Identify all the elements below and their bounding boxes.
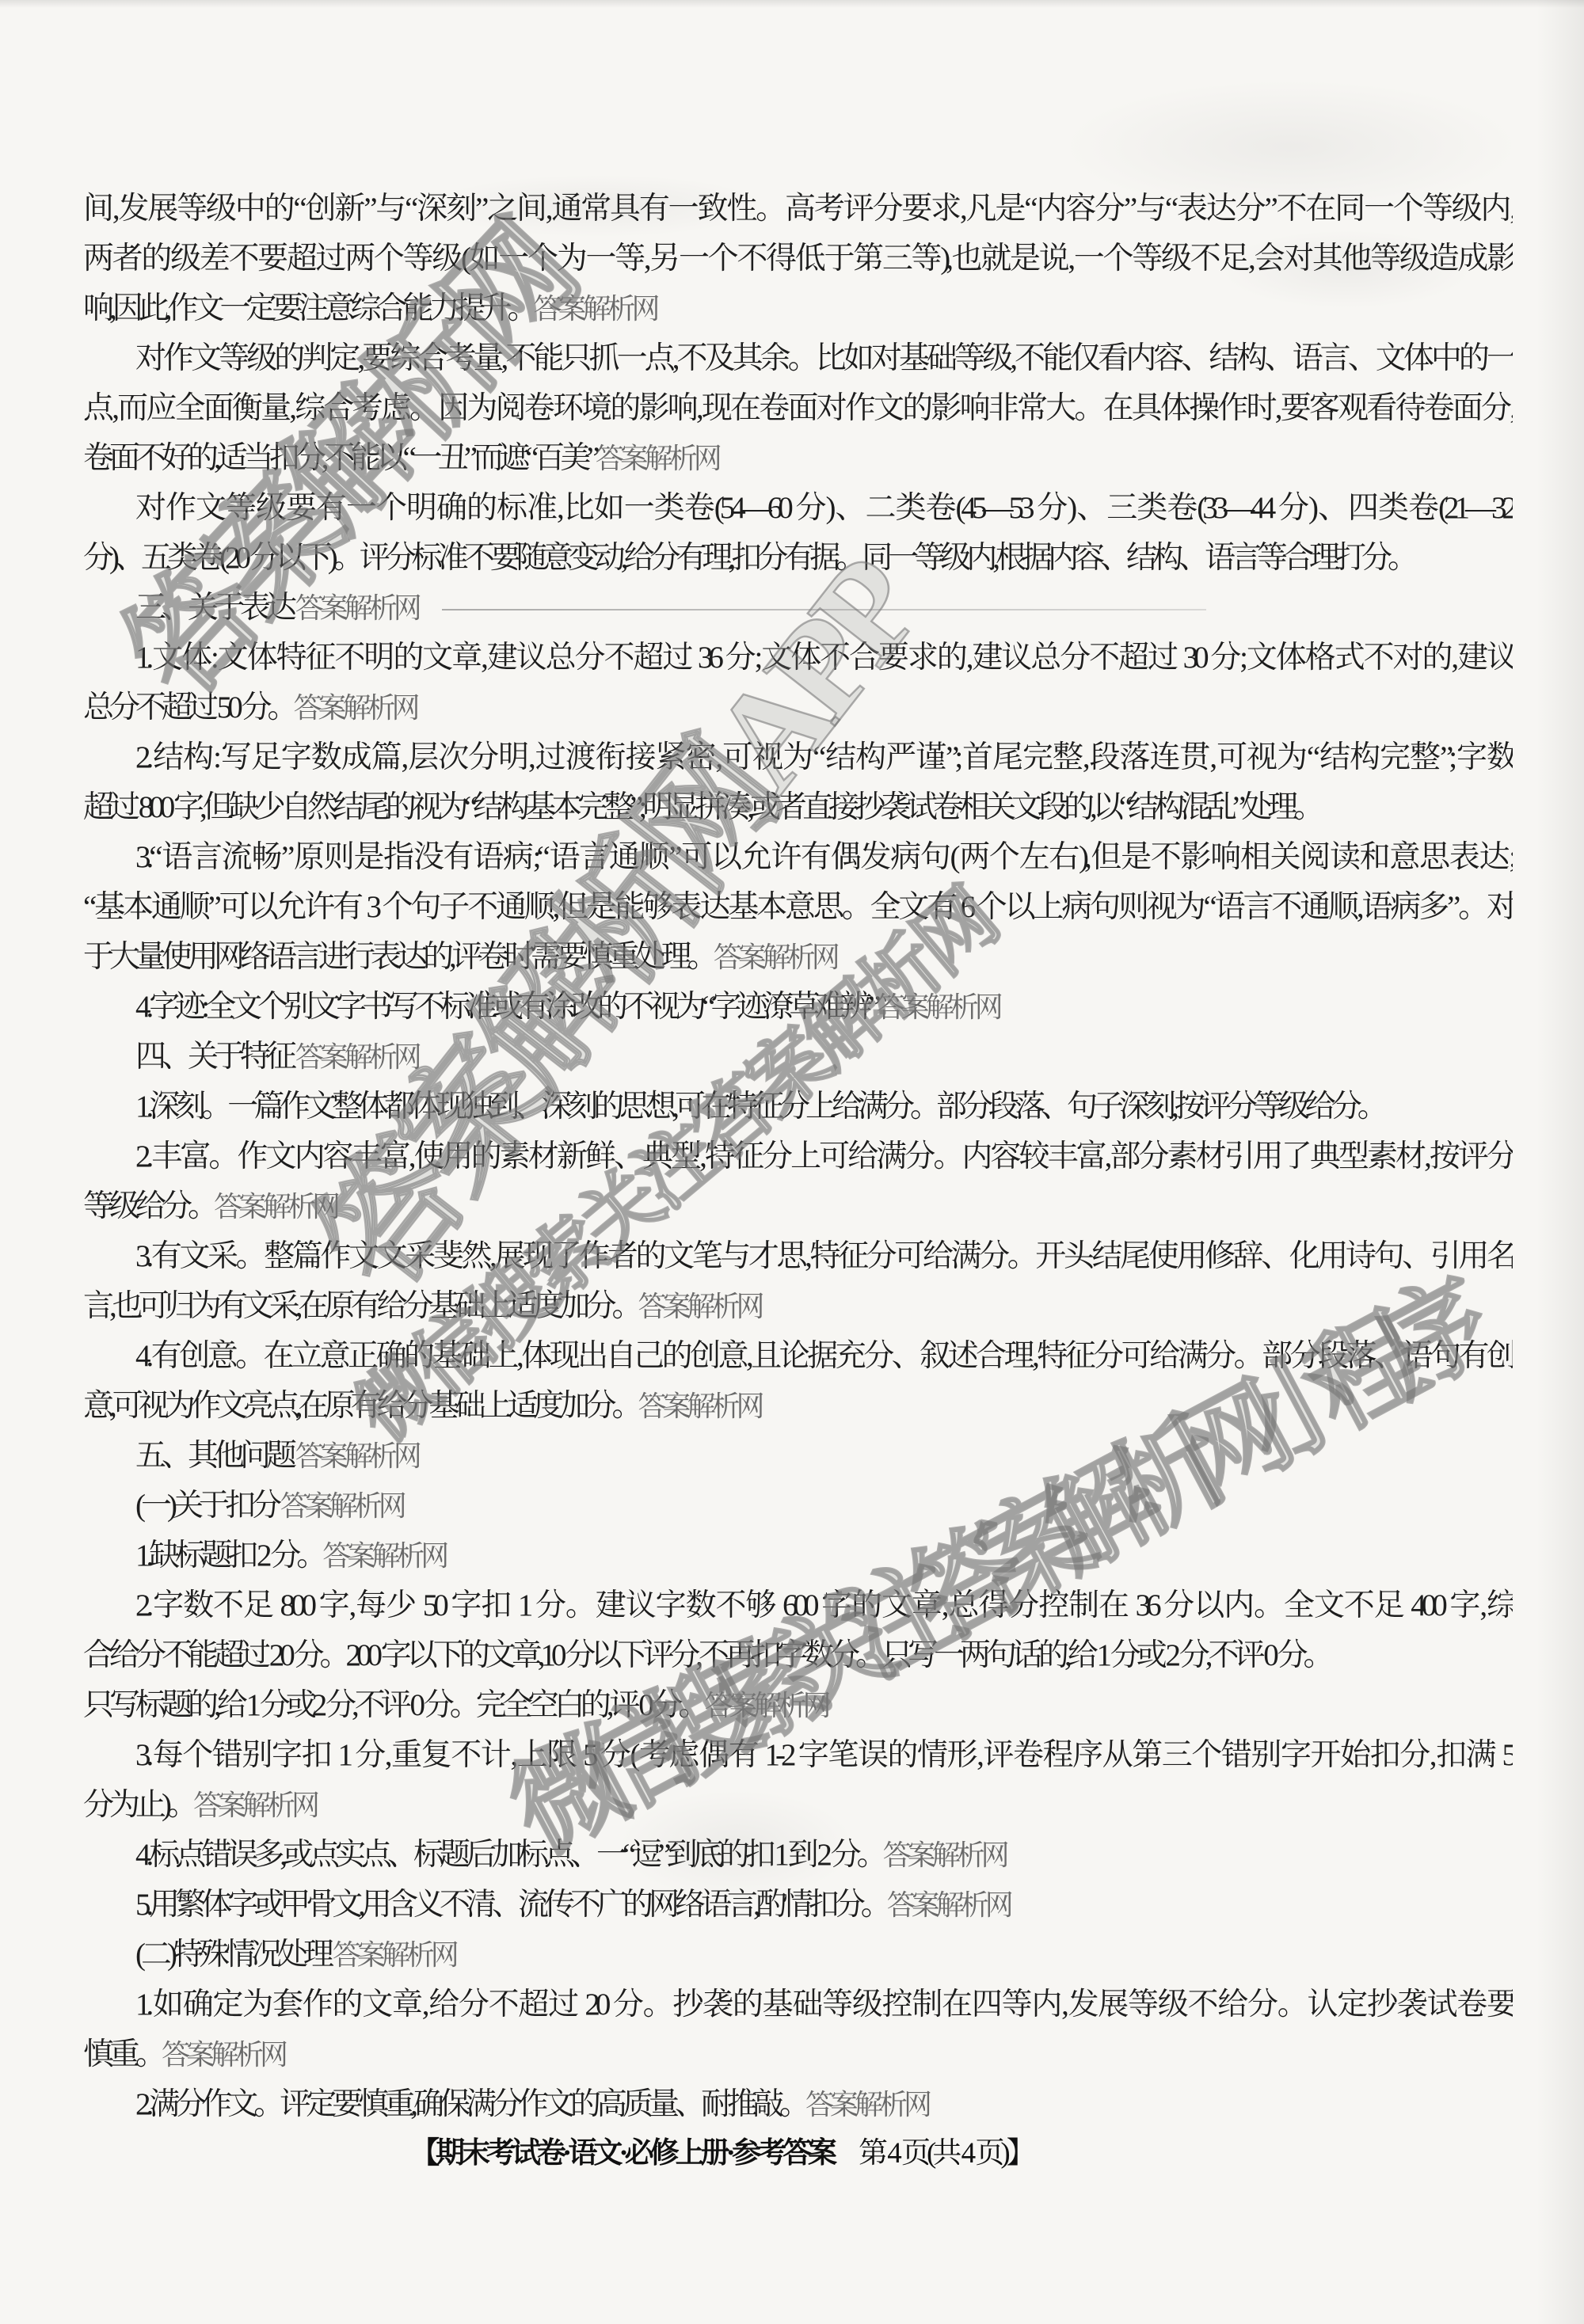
text-line: 合给分不能超过 20 分。200 字以下的文章,10 分以下评分,不再扣字数分。… xyxy=(83,1630,1513,1680)
text-line: 3.每个错别字扣 1 分,重复不计,上限 5 分(考虑偶有 1-2 字笔误的情形… xyxy=(83,1730,1513,1780)
text-segment: 3.有文采。整篇作文文采斐然,展现了作者的文笔与才思,特征分可给满分。开头结尾使… xyxy=(135,1239,1513,1273)
inline-site-mark: 答案解析网 xyxy=(280,1490,403,1522)
text-line: 2.丰富。作文内容丰富,使用的素材新鲜、典型,特征分上可给满分。内容较丰富,部分… xyxy=(83,1132,1513,1181)
text-line: 四、关于特征 答案解析网 xyxy=(83,1032,1513,1082)
text-segment: 4.标点错误多,或点实点、标题后加标点、一“逗”到底的扣 1 到 2 分。 xyxy=(135,1838,883,1872)
text-line: 响,因此,作文一定要注意综合能力提升。答案解析网 xyxy=(83,283,1513,333)
text-segment: 三、关于表达 xyxy=(135,591,295,625)
text-line: 分)、五类卷(20 分以下)。评分标准不要随意变动,给分有理,扣分有据。同一等级… xyxy=(83,533,1513,583)
text-line: 2.结构:写足字数成篇,层次分明,过渡衔接紧密,可视为“结构严谨”;首尾完整,段… xyxy=(83,732,1513,782)
text-segment: 分)、五类卷(20 分以下)。评分标准不要随意变动,给分有理,扣分有据。同一等级… xyxy=(83,541,1414,575)
text-segment: 两者的级差不要超过两个等级(如一个为一等,另一个不得低于第三等),也就是说,一个… xyxy=(83,242,1513,276)
text-segment: 言,也可归为有文采,在原有给分基础上适度加分。 xyxy=(83,1289,638,1323)
text-line: 只写标题的,给 1 分或2 分,不评 0 分。完全空白的,评 0 分。答案解析网 xyxy=(83,1680,1513,1730)
text-line: (二)特殊情况处理 答案解析网 xyxy=(83,1930,1513,1980)
text-line: 于大量使用网络语言进行表达的,评卷时需要慎重处理。答案解析网 xyxy=(83,932,1513,982)
text-line: 三、关于表达 答案解析网 xyxy=(83,583,1513,633)
text-segment: 3.每个错别字扣 1 分,重复不计,上限 5 分(考虑偶有 1-2 字笔误的情形… xyxy=(135,1738,1513,1772)
inline-site-mark: 答案解析网 xyxy=(295,1041,418,1073)
inline-site-mark: 答案解析网 xyxy=(638,1291,761,1322)
text-line: 慎重。答案解析网 xyxy=(83,2029,1513,2079)
inline-site-mark: 答案解析网 xyxy=(877,991,1000,1023)
scanned-answer-page: 答案解析网答案解析网APP微信搜索关注答案解析网微信搜索关注答案解析网小程序 间… xyxy=(0,0,1584,2324)
inline-site-mark: 答案解析网 xyxy=(883,1839,1006,1871)
text-line: 4.标点错误多,或点实点、标题后加标点、一“逗”到底的扣 1 到 2 分。答案解… xyxy=(83,1830,1513,1880)
text-segment: 超过 800 字,但缺少自然结尾的视为“结构基本完整”;明显拼凑,或者直接抄袭试… xyxy=(83,790,1319,824)
text-segment: 意,可视为作文亮点,在原有给分基础上适度加分。 xyxy=(83,1389,638,1423)
inline-site-mark: 答案解析网 xyxy=(805,2089,928,2121)
answer-text-block: 间,发展等级中的“创新”与“深刻”之间,通常具有一致性。高考评分要求,凡是“内容… xyxy=(83,184,1513,2129)
text-segment: 4.字迹:全文个别文字书写不标准或有涂改的不视为“字迹潦草难辨” xyxy=(135,990,877,1024)
text-segment: 于大量使用网络语言进行表达的,评卷时需要慎重处理。 xyxy=(83,940,714,974)
inline-site-mark: 答案解析网 xyxy=(162,2039,284,2071)
inline-site-mark: 答案解析网 xyxy=(295,1440,418,1472)
inline-site-mark: 答案解析网 xyxy=(596,443,718,474)
text-segment: 卷面不好的,适当扣分,不能以“一丑”而遮“百美” xyxy=(83,441,596,475)
text-segment: 2.结构:写足字数成篇,层次分明,过渡衔接紧密,可视为“结构严谨”;首尾完整,段… xyxy=(135,740,1513,774)
text-line: 1.如确定为套作的文章,给分不超过 20 分。抄袭的基础等级控制在四等内,发展等… xyxy=(83,1980,1513,2029)
text-line: 2.字数不足 800 字,每少 50 字扣 1 分。建议字数不够 600 字的文… xyxy=(83,1580,1513,1630)
text-line: 等级给分。答案解析网 xyxy=(83,1181,1513,1231)
text-segment: 1.如确定为套作的文章,给分不超过 20 分。抄袭的基础等级控制在四等内,发展等… xyxy=(135,1987,1513,2022)
text-segment: 五、其他问题 xyxy=(135,1439,295,1473)
text-segment: 响,因此,作文一定要注意综合能力提升。 xyxy=(83,291,534,325)
text-segment: 分为止)。 xyxy=(83,1788,193,1822)
text-line: 1.深刻。一篇作文整体都体现独到、深刻的思想,可在特征分上给满分。部分段落、句子… xyxy=(83,1082,1513,1132)
inline-site-mark: 答案解析网 xyxy=(534,293,657,325)
text-line: 1.文体:文体特征不明的文章,建议总分不超过 36 分;文体不合要求的,建议总分… xyxy=(83,633,1513,683)
text-segment: 总分不超过 50 分。 xyxy=(83,690,294,725)
text-line: 点,而应全面衡量,综合考虑。因为阅卷环境的影响,现在卷面对作文的影响非常大。在具… xyxy=(83,383,1513,433)
text-segment: 5.用繁体字或甲骨文,用含义不清、流传不广的网络语言,酌情扣分。 xyxy=(135,1888,887,1922)
text-segment: 2.字数不足 800 字,每少 50 字扣 1 分。建议字数不够 600 字的文… xyxy=(135,1588,1513,1622)
text-line: 言,也可归为有文采,在原有给分基础上适度加分。答案解析网 xyxy=(83,1281,1513,1331)
text-line: 1.缺标题扣 2 分。答案解析网 xyxy=(83,1531,1513,1580)
text-line: 间,发展等级中的“创新”与“深刻”之间,通常具有一致性。高考评分要求,凡是“内容… xyxy=(83,184,1513,234)
text-segment: 点,而应全面衡量,综合考虑。因为阅卷环境的影响,现在卷面对作文的影响非常大。在具… xyxy=(83,391,1513,425)
text-segment: 2.丰富。作文内容丰富,使用的素材新鲜、典型,特征分上可给满分。内容较丰富,部分… xyxy=(135,1139,1513,1173)
inline-site-mark: 答案解析网 xyxy=(193,1790,316,1821)
text-segment: 3.“语言流畅”原则是指没有语病;“语言通顺”可以允许有偶发病句(两个左右),但… xyxy=(135,840,1513,874)
text-segment: (一)关于扣分 xyxy=(135,1489,280,1523)
text-segment: (二)特殊情况处理 xyxy=(135,1938,333,1972)
text-line: 4.有创意。在立意正确的基础上,体现出自己的创意,且论据充分、叙述合理,特征分可… xyxy=(83,1331,1513,1381)
text-segment: 间,发展等级中的“创新”与“深刻”之间,通常具有一致性。高考评分要求,凡是“内容… xyxy=(83,192,1513,226)
inline-site-mark: 答案解析网 xyxy=(294,692,417,724)
inline-site-mark: 答案解析网 xyxy=(295,592,418,624)
text-segment: 2.满分作文。评定要慎重,确保满分作文的高质量、耐推敲。 xyxy=(135,2087,805,2121)
text-line: 4.字迹:全文个别文字书写不标准或有涂改的不视为“字迹潦草难辨”答案解析网 xyxy=(83,982,1513,1032)
text-segment: 1.缺标题扣 2 分。 xyxy=(135,1539,322,1573)
text-line: 3.“语言流畅”原则是指没有语病;“语言通顺”可以允许有偶发病句(两个左右),但… xyxy=(83,832,1513,882)
text-segment: 慎重。 xyxy=(83,2037,162,2071)
text-line: “基本通顺”可以允许有 3 个句子不通顺,但是能够表达基本意思。全文有 6 个以… xyxy=(83,882,1513,932)
text-segment: 对作文等级要有一个明确的标准,比如一类卷(54—60 分)、二类卷(45—53 … xyxy=(135,491,1513,525)
inline-site-mark: 答案解析网 xyxy=(333,1939,455,1971)
text-segment: 对作文等级的判定,要综合考量,不能只抓一点,不及其余。比如对基础等级,不能仅看内… xyxy=(135,341,1513,375)
text-segment: “基本通顺”可以允许有 3 个句子不通顺,但是能够表达基本意思。全文有 6 个以… xyxy=(83,890,1513,924)
inline-site-mark: 答案解析网 xyxy=(887,1889,1010,1921)
text-line: 5.用繁体字或甲骨文,用含义不清、流传不广的网络语言,酌情扣分。答案解析网 xyxy=(83,1880,1513,1930)
text-line: 3.有文采。整篇作文文采斐然,展现了作者的文笔与才思,特征分可给满分。开头结尾使… xyxy=(83,1231,1513,1281)
text-segment: 等级给分。 xyxy=(83,1189,214,1223)
text-line: 对作文等级的判定,要综合考量,不能只抓一点,不及其余。比如对基础等级,不能仅看内… xyxy=(83,333,1513,383)
text-segment: 1.深刻。一篇作文整体都体现独到、深刻的思想,可在特征分上给满分。部分段落、句子… xyxy=(135,1090,1384,1124)
text-segment: 只写标题的,给 1 分或2 分,不评 0 分。完全空白的,评 0 分。 xyxy=(83,1688,705,1722)
page-footer: 【期末考试卷·语文·必修上册·参考答案 第 4 页(共 4 页)】 xyxy=(410,2128,1032,2171)
text-segment: 1.文体:文体特征不明的文章,建议总分不超过 36 分;文体不合要求的,建议总分… xyxy=(135,641,1513,675)
text-line: 意,可视为作文亮点,在原有给分基础上适度加分。答案解析网 xyxy=(83,1381,1513,1431)
text-line: 分为止)。答案解析网 xyxy=(83,1780,1513,1830)
inline-site-mark: 答案解析网 xyxy=(638,1390,761,1422)
inline-site-mark: 答案解析网 xyxy=(322,1540,445,1572)
text-line: 对作文等级要有一个明确的标准,比如一类卷(54—60 分)、二类卷(45—53 … xyxy=(83,483,1513,533)
scan-edge-shadow-right xyxy=(1536,0,1584,2324)
inline-site-mark: 答案解析网 xyxy=(705,1690,828,1721)
text-line: 卷面不好的,适当扣分,不能以“一丑”而遮“百美”答案解析网 xyxy=(83,433,1513,483)
footer-page-number: 第 4 页(共 4 页)】 xyxy=(833,2137,1032,2170)
text-segment: 四、关于特征 xyxy=(135,1040,295,1074)
scan-edge-shadow-top xyxy=(0,0,1584,8)
text-line: 总分不超过 50 分。答案解析网 xyxy=(83,683,1513,732)
inline-site-mark: 答案解析网 xyxy=(714,941,836,973)
text-line: 2.满分作文。评定要慎重,确保满分作文的高质量、耐推敲。答案解析网 xyxy=(83,2079,1513,2129)
text-line: 五、其他问题 答案解析网 xyxy=(83,1431,1513,1481)
inline-site-mark: 答案解析网 xyxy=(214,1191,337,1223)
text-segment: 合给分不能超过 20 分。200 字以下的文章,10 分以下评分,不再扣字数分。… xyxy=(83,1638,1330,1672)
text-line: 超过 800 字,但缺少自然结尾的视为“结构基本完整”;明显拼凑,或者直接抄袭试… xyxy=(83,782,1513,832)
footer-title-text: 【期末考试卷·语文·必修上册·参考答案 xyxy=(410,2137,833,2170)
text-line: 两者的级差不要超过两个等级(如一个为一等,另一个不得低于第三等),也就是说,一个… xyxy=(83,234,1513,283)
text-line: (一)关于扣分 答案解析网 xyxy=(83,1481,1513,1531)
text-segment: 4.有创意。在立意正确的基础上,体现出自己的创意,且论据充分、叙述合理,特征分可… xyxy=(135,1339,1513,1373)
